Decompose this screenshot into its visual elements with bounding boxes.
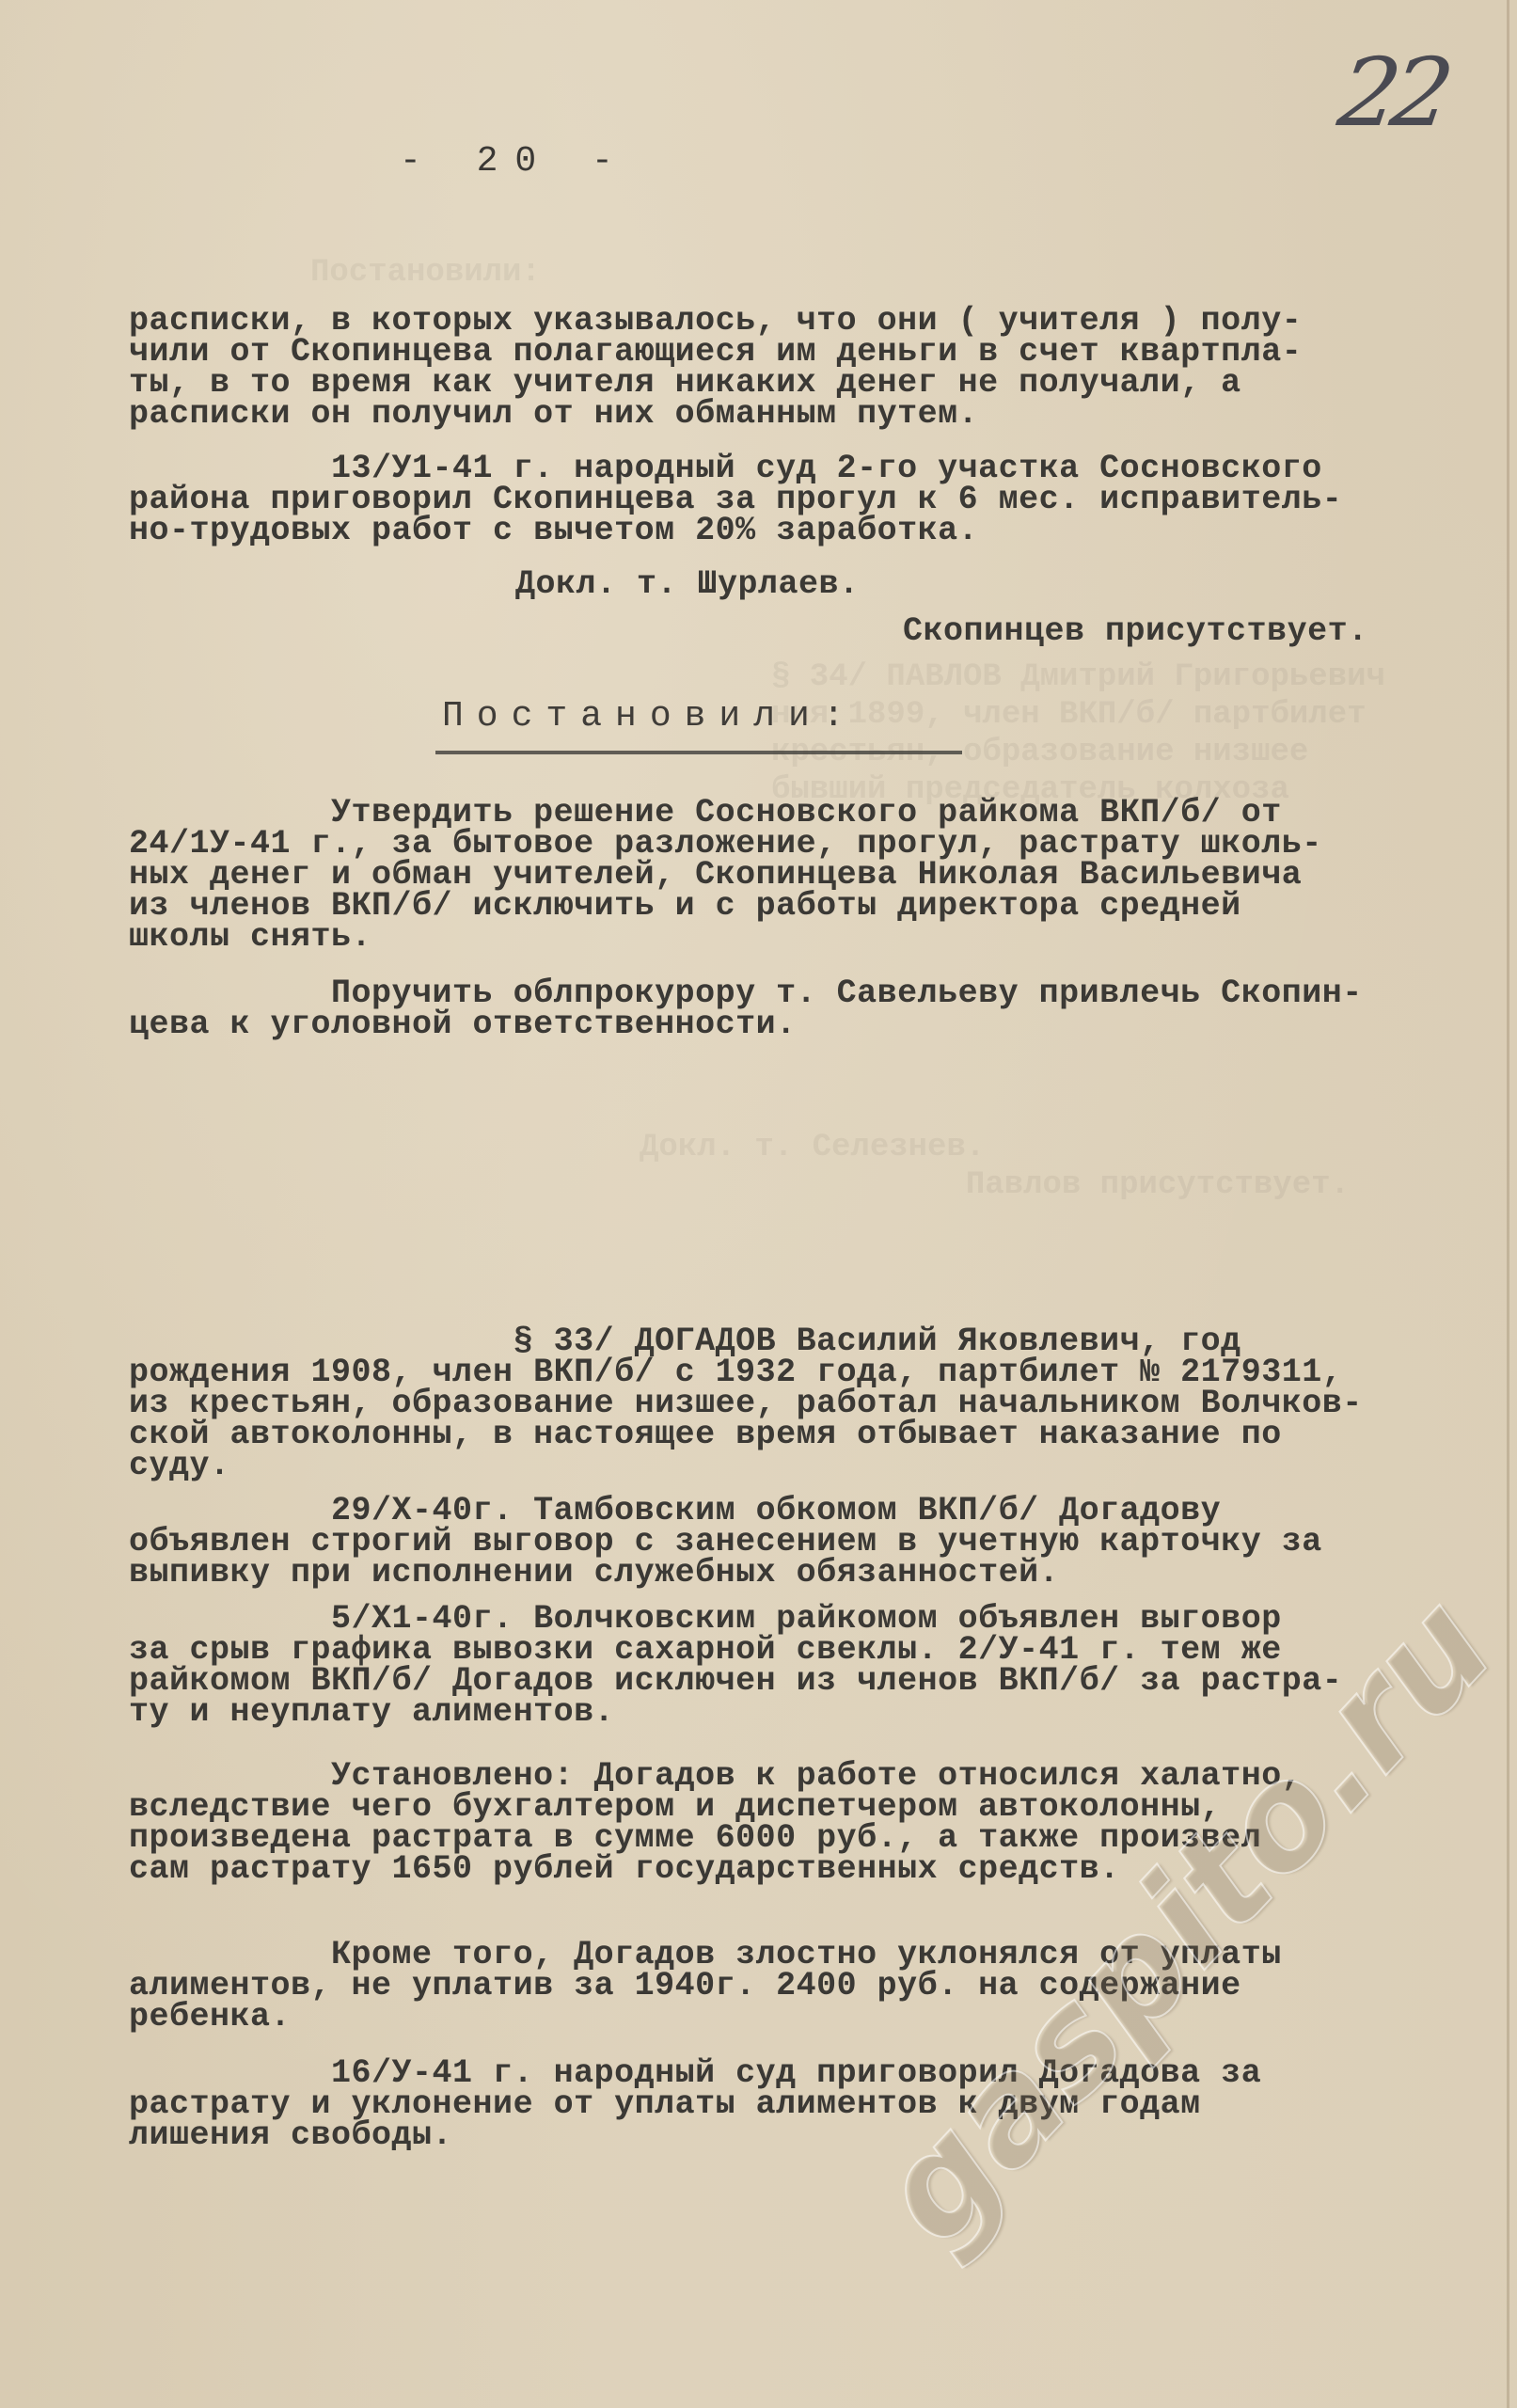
- document-page: Постановили: § 34/ ПАВЛОВ Дмитрий Григор…: [0, 0, 1517, 2408]
- page-edge: [1507, 0, 1509, 2408]
- skopintsev-continuation: расписки, в которых указывалось, что они…: [129, 306, 1464, 430]
- archive-folio-number: 22: [1333, 38, 1453, 148]
- bleed-through-text: Постановили:: [310, 254, 541, 292]
- bleed-through-text: Докл. т. Селезнев. Павлов присутствует.: [640, 1129, 1350, 1204]
- dogadov-reprimand-1: 29/Х-40г. Тамбовским обкомом ВКП/б/ Дога…: [129, 1496, 1464, 1589]
- dogadov-reprimand-2: 5/Х1-40г. Волчковским райкомом объявлен …: [129, 1604, 1464, 1728]
- resolution-heading: Постановили:: [442, 696, 858, 737]
- skopintsev-resolution-2: Поручить облпрокурору т. Савельеву привл…: [129, 978, 1464, 1040]
- dogadov-intro: § 33/ ДОГАДОВ Василий Яковлевич, год рож…: [129, 1326, 1464, 1481]
- skopintsev-court-ruling: 13/У1-41 г. народный суд 2-го участка Со…: [129, 453, 1464, 547]
- presence-line: Скопинцев присутствует.: [903, 616, 1517, 647]
- skopintsev-resolution-1: Утвердить решение Сосновского райкома ВК…: [129, 798, 1464, 953]
- dogadov-court-ruling: 16/У-41 г. народный суд приговорил Догад…: [129, 2058, 1464, 2151]
- heading-underline: [435, 751, 962, 754]
- page-number: - 20 -: [400, 141, 630, 182]
- reporter-line: Докл. т. Шурлаев.: [515, 569, 1517, 600]
- bleed-through-text: § 34/ ПАВЛОВ Дмитрий Григорьевич ния 189…: [771, 658, 1385, 809]
